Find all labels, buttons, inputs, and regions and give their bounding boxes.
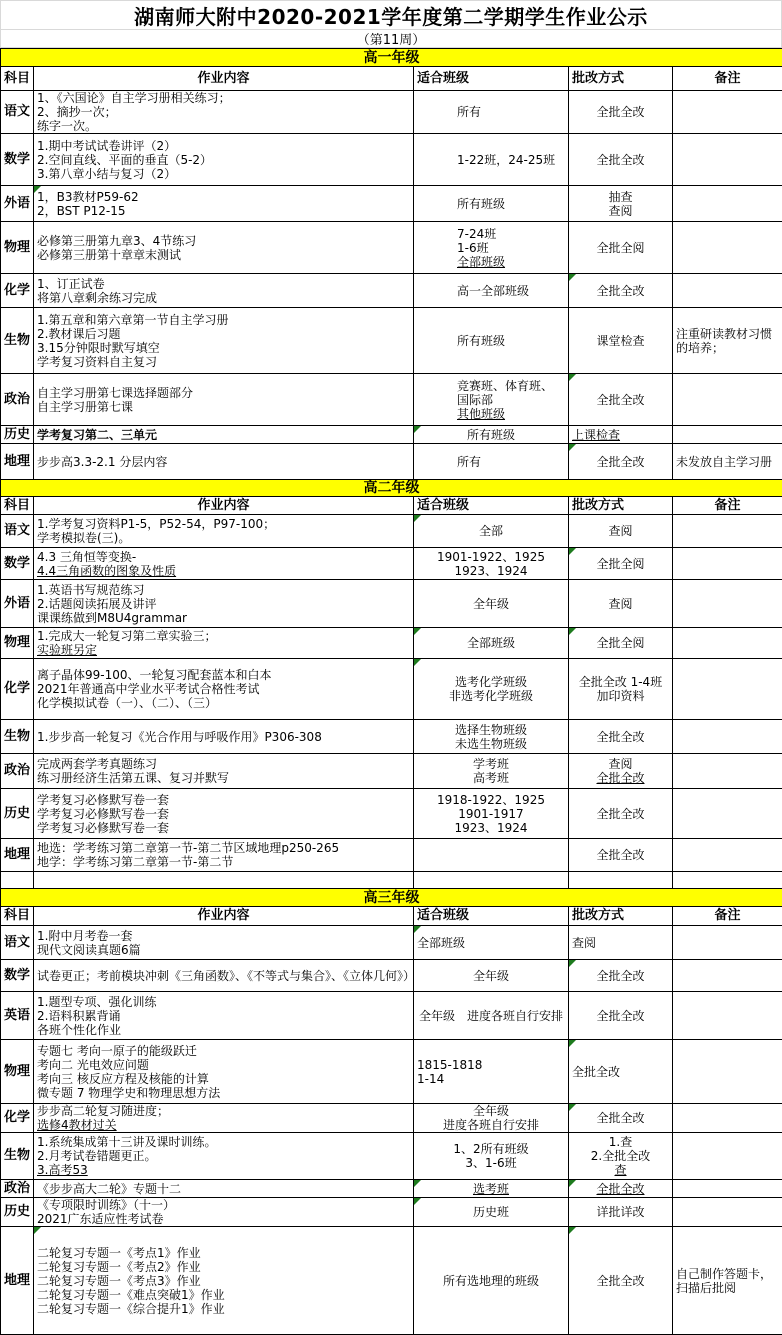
cell-text: 考向三 核反应方程及核能的计算 (34, 1072, 413, 1086)
classes-cell[interactable]: 全部 (414, 515, 569, 548)
cell-text: 备注 (673, 72, 782, 86)
subject-cell[interactable]: 历史 (1, 1198, 34, 1227)
method-cell[interactable]: 全批全改 (569, 960, 673, 992)
cell-text: 1901-1917 (414, 807, 568, 821)
method-cell[interactable]: 查阅 (569, 580, 673, 628)
method-cell[interactable]: 全批全改 (569, 992, 673, 1040)
method-cell[interactable]: 全批全改 (569, 91, 673, 134)
content-cell[interactable]: 专题七 考向一原子的能级跃迁考向二 光电效应问题考向三 核反应方程及核能的计算微… (34, 1040, 414, 1104)
content-cell[interactable]: 1、《六国论》自主学习册相关练习；2、摘抄一次；练字一次。 (34, 91, 414, 134)
classes-cell[interactable] (414, 872, 569, 889)
subject-cell[interactable]: 数学 (1, 548, 34, 580)
cell-text: 备注 (673, 909, 782, 923)
cell-text: 1.第五章和第六章第一节自主学习册 (34, 313, 413, 327)
cell-text: 所有 (454, 455, 568, 469)
cell-text: 所有班级 (414, 428, 568, 442)
subject-cell[interactable]: 化学 (1, 1104, 34, 1133)
comment-marker-icon (569, 960, 576, 967)
table-row: 语文1、《六国论》自主学习册相关练习；2、摘抄一次；练字一次。所有全批全改 (1, 91, 782, 134)
method-cell[interactable]: 全批全改 (569, 274, 673, 308)
content-cell[interactable]: 1.系统集成第十三讲及课时训练。2.月考试卷错题更正。3.高考53 (34, 1133, 414, 1180)
method-cell[interactable]: 全批全阅 (569, 222, 673, 274)
cell-text: 未发放自主学习册 (673, 455, 782, 469)
cell-text: 1.查 (569, 1135, 672, 1149)
content-cell[interactable]: 离子晶体99-100、一轮复习配套蓝本和白本2021年普通高中学业水平考试合格性… (34, 659, 414, 720)
cell-text: 所有班级 (454, 334, 568, 348)
content-cell[interactable]: 1.期中考试试卷讲评（2）2.空间直线、平面的垂直（5-2）3.第八章小结与复习… (34, 134, 414, 186)
comment-marker-icon (414, 659, 421, 666)
cell-text: 离子晶体99-100、一轮复习配套蓝本和白本 (34, 668, 413, 682)
cell-text: 二轮复习专题一《综合提升1》作业 (34, 1302, 413, 1316)
method-cell[interactable]: 查阅全批全改 (569, 754, 673, 789)
classes-cell[interactable]: 选考化学班级非选考化学班级 (414, 659, 569, 720)
method-cell[interactable]: 抽查查阅 (569, 186, 673, 222)
cell-text: 所有 (454, 105, 568, 119)
content-cell[interactable]: 地选：学考练习第二章第一节-第二节区域地理p250-265地学：学考练习第二章第… (34, 839, 414, 872)
cell-text: 全批全改 (569, 807, 672, 821)
cell-text: 备注 (673, 499, 782, 513)
content-cell[interactable]: 1，B3教材P59-622，BST P12-15 (34, 186, 414, 222)
cell-text: 抽查 (569, 190, 672, 204)
cell-text: 试卷更正；考前模块冲刺《三角函数》、《不等式与集合》、《立体几何》） (34, 969, 413, 983)
cell-text: 步步高二轮复习随进度； (34, 1104, 413, 1118)
subject-cell[interactable]: 政治 (1, 374, 34, 426)
note-cell[interactable] (673, 789, 782, 839)
homework-table: 高一年级科目作业内容适合班级批改方式备注语文1、《六国论》自主学习册相关练习；2… (0, 48, 782, 1335)
classes-cell[interactable]: 高一全部班级 (414, 274, 569, 308)
note-cell[interactable] (673, 374, 782, 426)
content-cell[interactable]: 必修第三册第九章3、4节练习必修第三册第十章章末测试 (34, 222, 414, 274)
content-cell[interactable]: 1.英语书写规范练习2.话题阅读拓展及讲评课课练做到M8U4grammar (34, 580, 414, 628)
note-cell[interactable] (673, 992, 782, 1040)
cell-text: 非选考化学班级 (414, 689, 568, 703)
column-header-2[interactable]: 作业内容 (34, 497, 414, 515)
cell-text: 课课练做到M8U4grammar (34, 611, 413, 625)
cell-text: 进度各班自行安排 (414, 1118, 568, 1132)
note-cell[interactable] (673, 754, 782, 789)
content-cell[interactable]: 试卷更正；考前模块冲刺《三角函数》、《不等式与集合》、《立体几何》） (34, 960, 414, 992)
content-cell[interactable]: 1、订正试卷将第八章剩余练习完成 (34, 274, 414, 308)
method-cell[interactable]: 全批全阅 (569, 548, 673, 580)
note-cell[interactable]: 自己制作答题卡，扫描后批阅 (673, 1227, 782, 1335)
cell-text: 1.步步高一轮复习《光合作用与呼吸作用》P306-308 (34, 730, 413, 744)
note-cell[interactable] (673, 1040, 782, 1104)
classes-cell[interactable]: 学考班高考班 (414, 754, 569, 789)
column-header-4[interactable]: 批改方式 (569, 907, 673, 926)
cell-text: 3.15分钟限时默写填空 (34, 341, 413, 355)
table-row: 生物1.系统集成第十三讲及课时训练。2.月考试卷错题更正。3.高考531、2所有… (1, 1133, 782, 1180)
cell-text: 其他班级 (454, 407, 568, 421)
cell-text: 微专题 7 物理学史和物理思想方法 (34, 1086, 413, 1100)
table-row: 化学离子晶体99-100、一轮复习配套蓝本和白本2021年普通高中学业水平考试合… (1, 659, 782, 720)
note-cell[interactable]: 注重研读教材习惯的培养； (673, 308, 782, 374)
cell-text: 上课检查 (569, 428, 672, 442)
cell-text: 适合班级 (414, 909, 568, 923)
method-cell[interactable]: 全批全改 (569, 444, 673, 480)
method-cell[interactable] (569, 872, 673, 889)
cell-text: 专题七 考向一原子的能级跃迁 (34, 1044, 413, 1058)
note-cell[interactable] (673, 134, 782, 186)
classes-cell[interactable]: 竞赛班、体育班、国际部其他班级 (414, 374, 569, 426)
cell-text: 4.4三角函数的图象及性质 (34, 564, 413, 578)
cell-text: 3.高考53 (34, 1163, 413, 1177)
cell-text: 《步步高大二轮》专题十二 (34, 1182, 413, 1196)
subject-cell[interactable] (1, 872, 34, 889)
note-cell[interactable] (673, 580, 782, 628)
cell-text: 选考班 (414, 1182, 568, 1196)
note-cell[interactable] (673, 926, 782, 960)
section-header-1[interactable]: 高一年级 (1, 49, 782, 67)
subject-cell[interactable]: 历史 (1, 426, 34, 444)
content-cell[interactable]: 学考复习第二、三单元 (34, 426, 414, 444)
classes-cell[interactable]: 全年级 (414, 960, 569, 992)
cell-text: 完成两套学考真题练习 (34, 757, 413, 771)
classes-cell[interactable]: 1918-1922、19251901-19171923、1924 (414, 789, 569, 839)
method-cell[interactable]: 详批详改 (569, 1198, 673, 1227)
table-row: 历史学考复习必修默写卷一套学考复习必修默写卷一套学考复习必修默写卷一套1918-… (1, 789, 782, 839)
cell-text: 全部班级 (414, 636, 568, 650)
table-row: 历史《专项限时训练》（十一）2021广东适应性考试卷历史班详批详改 (1, 1198, 782, 1227)
content-cell[interactable]: 学考复习必修默写卷一套学考复习必修默写卷一套学考复习必修默写卷一套 (34, 789, 414, 839)
comment-marker-icon (569, 628, 576, 635)
cell-text: 2.语料积累背诵 (34, 1009, 413, 1023)
content-cell[interactable]: 1.第五章和第六章第一节自主学习册2.教材课后习题3.15分钟限时默写填空学考复… (34, 308, 414, 374)
content-cell[interactable]: 步步高3.3-2.1 分层内容 (34, 444, 414, 480)
content-cell[interactable]: 1.题型专项、强化训练2.语料积累背诵各班个性化作业 (34, 992, 414, 1040)
subject-cell[interactable]: 语文 (1, 926, 34, 960)
method-cell[interactable]: 全批全改 (569, 839, 673, 872)
note-cell[interactable] (673, 91, 782, 134)
note-cell[interactable] (673, 186, 782, 222)
cell-text: 1、订正试卷 (34, 277, 413, 291)
column-header-3[interactable]: 适合班级 (414, 907, 569, 926)
column-header-1[interactable]: 科目 (1, 67, 34, 91)
cell-text: 地学：学考练习第二章第一节-第二节 (34, 855, 413, 869)
note-cell[interactable] (673, 1104, 782, 1133)
cell-text: 自己制作答题卡，扫描后批阅 (673, 1267, 782, 1295)
cell-text: 选择生物班级 (414, 723, 568, 737)
classes-cell[interactable]: 1815-18181-14 (414, 1040, 569, 1104)
cell-text: 各班个性化作业 (34, 1023, 413, 1037)
cell-text: 1-14 (414, 1072, 568, 1086)
note-cell[interactable] (673, 872, 782, 889)
cell-text: 全批全改 (569, 284, 672, 298)
comment-marker-icon (569, 1180, 576, 1187)
column-header-1[interactable]: 科目 (1, 907, 34, 926)
note-cell[interactable] (673, 515, 782, 548)
method-cell[interactable]: 全批全改 (569, 789, 673, 839)
cell-text: 全批全阅 (569, 557, 672, 571)
comment-marker-icon (414, 1180, 421, 1187)
classes-cell[interactable]: 7-24班1-6班全部班级 (414, 222, 569, 274)
comment-marker-icon (569, 1227, 576, 1234)
note-cell[interactable] (673, 426, 782, 444)
classes-cell[interactable]: 所有选地理的班级 (414, 1227, 569, 1335)
note-cell[interactable] (673, 839, 782, 872)
cell-text: 2.全批全改 (569, 1149, 672, 1163)
note-cell[interactable] (673, 628, 782, 659)
subject-cell[interactable]: 政治 (1, 1180, 34, 1198)
cell-text: 全年级 (414, 597, 568, 611)
method-cell[interactable]: 全批全改 (569, 1040, 673, 1104)
cell-text: 所有选地理的班级 (414, 1274, 568, 1288)
cell-text: 全年级 (414, 969, 568, 983)
cell-text: 作业内容 (34, 909, 413, 923)
subject-cell[interactable]: 化学 (1, 274, 34, 308)
classes-cell[interactable]: 历史班 (414, 1198, 569, 1227)
content-cell[interactable]: 1.附中月考卷一套现代文阅读真题6篇 (34, 926, 414, 960)
method-cell[interactable]: 全批全改 1-4班加印资料 (569, 659, 673, 720)
table-row: 数学1.期中考试试卷讲评（2）2.空间直线、平面的垂直（5-2）3.第八章小结与… (1, 134, 782, 186)
cell-text: 考向二 光电效应问题 (34, 1058, 413, 1072)
subject-cell[interactable]: 物理 (1, 628, 34, 659)
section-header-3[interactable]: 高三年级 (1, 889, 782, 907)
table-row: 政治完成两套学考真题练习练习册经济生活第五课、复习并默写学考班高考班查阅全批全改 (1, 754, 782, 789)
subject-cell[interactable]: 地理 (1, 1227, 34, 1335)
classes-cell[interactable]: 1901-1922、19251923、1924 (414, 548, 569, 580)
content-cell[interactable]: 《专项限时训练》（十一）2021广东适应性考试卷 (34, 1198, 414, 1227)
cell-text: 查阅 (569, 524, 672, 538)
subject-cell[interactable]: 数学 (1, 960, 34, 992)
content-cell[interactable]: 自主学习册第七课选择题部分自主学习册第七课 (34, 374, 414, 426)
cell-text: 全批全改 (569, 848, 672, 862)
subject-cell[interactable]: 生物 (1, 308, 34, 374)
classes-cell[interactable]: 1、2所有班级3、1-6班 (414, 1133, 569, 1180)
subject-cell[interactable]: 语文 (1, 91, 34, 134)
table-row: 生物1.步步高一轮复习《光合作用与呼吸作用》P306-308选择生物班级未选生物… (1, 720, 782, 754)
cell-text: 二轮复习专题一《考点1》作业 (34, 1246, 413, 1260)
cell-text: 注重研读教材习惯的培养； (673, 327, 782, 355)
content-cell[interactable]: 《步步高大二轮》专题十二 (34, 1180, 414, 1198)
cell-text: 实验班另定 (34, 643, 413, 657)
note-cell[interactable] (673, 222, 782, 274)
method-cell[interactable]: 查阅 (569, 515, 673, 548)
table-row: 化学步步高二轮复习随进度；选修4教材过关全年级进度各班自行安排全批全改 (1, 1104, 782, 1133)
table-row: 物理必修第三册第九章3、4节练习必修第三册第十章章末测试7-24班1-6班全部班… (1, 222, 782, 274)
column-header-3[interactable]: 适合班级 (414, 497, 569, 515)
cell-text: 1.期中考试试卷讲评（2） (34, 139, 413, 153)
table-row: 地理地选：学考练习第二章第一节-第二节区域地理p250-265地学：学考练习第二… (1, 839, 782, 872)
note-cell[interactable] (673, 960, 782, 992)
cell-text: 必修第三册第十章章末测试 (34, 248, 413, 262)
method-cell[interactable]: 全批全改 (569, 720, 673, 754)
column-header-5[interactable]: 备注 (673, 67, 782, 91)
content-cell[interactable]: 步步高二轮复习随进度；选修4教材过关 (34, 1104, 414, 1133)
note-cell[interactable] (673, 720, 782, 754)
classes-cell[interactable]: 所有班级 (414, 426, 569, 444)
table-row: 数学试卷更正；考前模块冲刺《三角函数》、《不等式与集合》、《立体几何》）全年级全… (1, 960, 782, 992)
cell-text: 地选：学考练习第二章第一节-第二节区域地理p250-265 (34, 841, 413, 855)
subject-cell[interactable]: 英语 (1, 992, 34, 1040)
cell-text: 作业内容 (34, 499, 413, 513)
note-cell[interactable] (673, 1180, 782, 1198)
table-row: 英语1.题型专项、强化训练2.语料积累背诵各班个性化作业全年级 进度各班自行安排… (1, 992, 782, 1040)
method-cell[interactable]: 全批全阅 (569, 628, 673, 659)
cell-text: 将第八章剩余练习完成 (34, 291, 413, 305)
cell-text: 适合班级 (414, 72, 568, 86)
content-cell[interactable]: 完成两套学考真题练习练习册经济生活第五课、复习并默写 (34, 754, 414, 789)
subject-cell[interactable]: 政治 (1, 754, 34, 789)
classes-cell[interactable]: 全年级进度各班自行安排 (414, 1104, 569, 1133)
column-header-5[interactable]: 备注 (673, 907, 782, 926)
note-cell[interactable] (673, 659, 782, 720)
cell-text: 批改方式 (569, 909, 672, 923)
content-cell[interactable] (34, 872, 414, 889)
subject-cell[interactable]: 生物 (1, 720, 34, 754)
subject-cell[interactable]: 语文 (1, 515, 34, 548)
cell-text: 步步高3.3-2.1 分层内容 (34, 455, 413, 469)
column-header-4[interactable]: 批改方式 (569, 67, 673, 91)
cell-text: 加印资料 (569, 689, 672, 703)
subject-cell[interactable]: 地理 (1, 444, 34, 480)
method-cell[interactable]: 查阅 (569, 926, 673, 960)
cell-text: 课堂检查 (569, 334, 672, 348)
cell-text: 高一全部班级 (454, 284, 568, 298)
column-header-2[interactable]: 作业内容 (34, 907, 414, 926)
cell-text: 学考复习资料自主复习 (34, 355, 413, 369)
column-header-5[interactable]: 备注 (673, 497, 782, 515)
cell-text: 1、2所有班级 (414, 1142, 568, 1156)
content-cell[interactable]: 1.步步高一轮复习《光合作用与呼吸作用》P306-308 (34, 720, 414, 754)
table-row: 外语1，B3教材P59-622，BST P12-15所有班级抽查查阅 (1, 186, 782, 222)
table-row: 化学1、订正试卷将第八章剩余练习完成高一全部班级全批全改 (1, 274, 782, 308)
cell-text: 3.第八章小结与复习（2） (34, 167, 413, 181)
note-cell[interactable]: 未发放自主学习册 (673, 444, 782, 480)
cell-text: 2.教材课后习题 (34, 327, 413, 341)
cell-text: 全批全阅 (569, 636, 672, 650)
cell-text: 学考复习必修默写卷一套 (34, 793, 413, 807)
cell-text: 全批全改 (569, 771, 672, 785)
content-cell[interactable]: 4.3 三角恒等变换-4.4三角函数的图象及性质 (34, 548, 414, 580)
classes-cell[interactable]: 全年级 进度各班自行安排 (414, 992, 569, 1040)
cell-text: 2.话题阅读拓展及讲评 (34, 597, 413, 611)
subject-cell[interactable]: 物理 (1, 222, 34, 274)
classes-cell[interactable]: 所有班级 (414, 308, 569, 374)
cell-text: 科目 (1, 909, 33, 923)
table-row: 历史学考复习第二、三单元所有班级上课检查 (1, 426, 782, 444)
comment-marker-icon (34, 186, 41, 193)
note-cell[interactable] (673, 548, 782, 580)
comment-marker-icon (34, 1227, 41, 1234)
method-cell[interactable]: 全批全改 (569, 1104, 673, 1133)
cell-text: 批改方式 (569, 499, 672, 513)
cell-text: 2.月考试卷错题更正。 (34, 1149, 413, 1163)
homework-sheet: 湖南师大附中2020-2021学年度第二学期学生作业公示 （第11周） 高一年级… (0, 0, 782, 1335)
table-row: 政治自主学习册第七课选择题部分自主学习册第七课竞赛班、体育班、国际部其他班级全批… (1, 374, 782, 426)
comment-marker-icon (569, 274, 576, 281)
classes-cell[interactable]: 全部班级 (414, 926, 569, 960)
cell-text: 全部班级 (454, 255, 568, 269)
subject-cell[interactable]: 物理 (1, 1040, 34, 1104)
method-cell[interactable]: 全批全改 (569, 134, 673, 186)
cell-text: 1.完成大一轮复习第二章实验三； (34, 629, 413, 643)
cell-text: 1.系统集成第十三讲及课时训练。 (34, 1135, 413, 1149)
subject-cell[interactable]: 生物 (1, 1133, 34, 1180)
cell-text: 科目 (1, 499, 33, 513)
cell-text: 3、1-6班 (414, 1156, 568, 1170)
cell-text: 1.英语书写规范练习 (34, 583, 413, 597)
column-header-3[interactable]: 适合班级 (414, 67, 569, 91)
classes-cell[interactable]: 选考班 (414, 1180, 569, 1198)
classes-cell[interactable]: 所有班级 (414, 186, 569, 222)
column-header-1[interactable]: 科目 (1, 497, 34, 515)
section-header-2[interactable]: 高二年级 (1, 480, 782, 497)
cell-text: 二轮复习专题一《难点突破1》作业 (34, 1288, 413, 1302)
cell-text: 二轮复习专题一《考点3》作业 (34, 1274, 413, 1288)
subject-cell[interactable]: 外语 (1, 580, 34, 628)
method-cell[interactable]: 上课检查 (569, 426, 673, 444)
table-row: 语文1.附中月考卷一套现代文阅读真题6篇全部班级查阅 (1, 926, 782, 960)
table-row: 物理1.完成大一轮复习第二章实验三；实验班另定全部班级全批全阅 (1, 628, 782, 659)
cell-text: 全批全改 (569, 105, 672, 119)
classes-cell[interactable]: 所有 (414, 91, 569, 134)
column-header-4[interactable]: 批改方式 (569, 497, 673, 515)
classes-cell[interactable]: 所有 (414, 444, 569, 480)
page-title: 湖南师大附中2020-2021学年度第二学期学生作业公示 (0, 0, 782, 30)
cell-text: 全批全改 (569, 1111, 672, 1125)
cell-text: 2021广东适应性考试卷 (34, 1212, 413, 1226)
cell-text: 1-22班，24-25班 (454, 153, 568, 167)
cell-text: 竞赛班、体育班、 (454, 379, 568, 393)
classes-cell[interactable]: 全年级 (414, 580, 569, 628)
cell-text: 学考班 (414, 757, 568, 771)
cell-text: 1.学考复习资料P1-5，P52-54，P97-100； (34, 517, 413, 531)
method-cell[interactable]: 全批全改 (569, 1180, 673, 1198)
method-cell[interactable]: 课堂检查 (569, 308, 673, 374)
subject-cell[interactable]: 外语 (1, 186, 34, 222)
note-cell[interactable] (673, 274, 782, 308)
cell-text: 1918-1922、1925 (414, 793, 568, 807)
cell-text: 查阅 (569, 936, 672, 950)
note-cell[interactable] (673, 1198, 782, 1227)
cell-text: 查阅 (569, 757, 672, 771)
cell-text: 全批全改 1-4班 (569, 675, 672, 689)
content-cell[interactable]: 1.学考复习资料P1-5，P52-54，P97-100；学考模拟卷(三)。 (34, 515, 414, 548)
cell-text: 全批全改 (569, 1182, 672, 1196)
comment-marker-icon (569, 1040, 576, 1047)
column-header-2[interactable]: 作业内容 (34, 67, 414, 91)
cell-text: 查 (569, 1163, 672, 1177)
cell-text: 化学模拟试卷（一）、（二）、（三） (34, 696, 413, 710)
comment-marker-icon (414, 628, 421, 635)
classes-cell[interactable] (414, 839, 569, 872)
cell-text: 全部班级 (414, 936, 568, 950)
table-row (1, 872, 782, 889)
note-cell[interactable] (673, 1133, 782, 1180)
subject-cell[interactable]: 数学 (1, 134, 34, 186)
method-cell[interactable]: 全批全改 (569, 1227, 673, 1335)
cell-text: 学考复习必修默写卷一套 (34, 807, 413, 821)
content-cell[interactable]: 二轮复习专题一《考点1》作业二轮复习专题一《考点2》作业二轮复习专题一《考点3》… (34, 1227, 414, 1335)
cell-text: 查阅 (569, 204, 672, 218)
cell-text: 7-24班 (454, 227, 568, 241)
comment-marker-icon (569, 444, 576, 451)
cell-text: 批改方式 (569, 72, 672, 86)
table-row: 地理步步高3.3-2.1 分层内容所有全批全改未发放自主学习册 (1, 444, 782, 480)
classes-cell[interactable]: 全部班级 (414, 628, 569, 659)
subject-cell[interactable]: 历史 (1, 789, 34, 839)
content-cell[interactable]: 1.完成大一轮复习第二章实验三；实验班另定 (34, 628, 414, 659)
method-cell[interactable]: 1.查2.全批全改查 (569, 1133, 673, 1180)
classes-cell[interactable]: 选择生物班级未选生物班级 (414, 720, 569, 754)
subject-cell[interactable]: 化学 (1, 659, 34, 720)
page-subtitle: （第11周） (0, 30, 782, 48)
subject-cell[interactable]: 地理 (1, 839, 34, 872)
cell-text: 国际部 (454, 393, 568, 407)
classes-cell[interactable]: 1-22班，24-25班 (414, 134, 569, 186)
method-cell[interactable]: 全批全改 (569, 374, 673, 426)
cell-text: 《专项限时训练》（十一） (34, 1198, 413, 1212)
